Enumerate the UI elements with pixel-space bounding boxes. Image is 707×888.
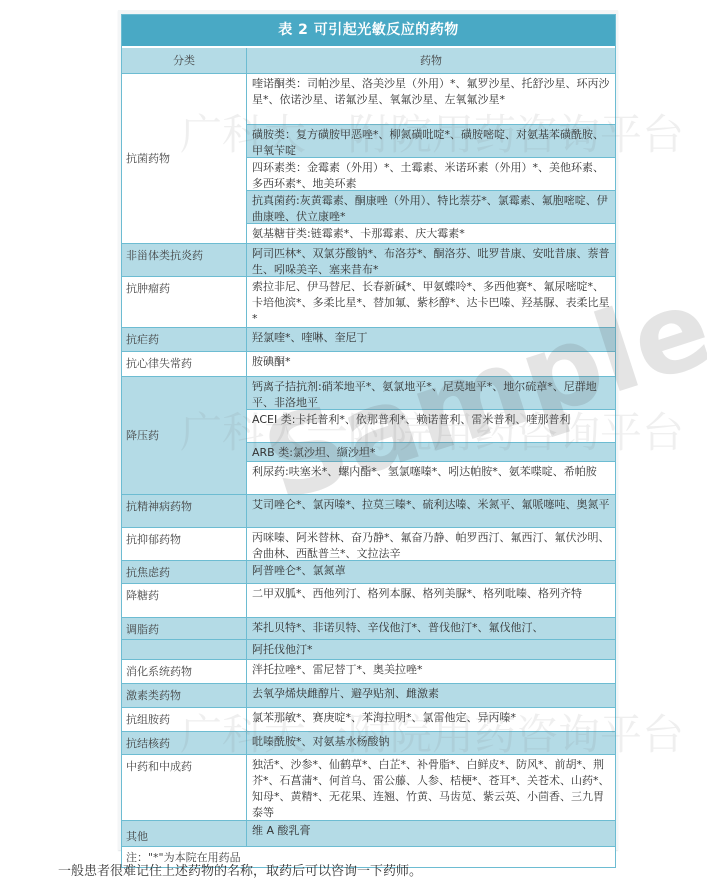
- table-row: 抗心律失常药 胺碘酮*: [122, 351, 615, 376]
- category-cell: 其他: [122, 821, 247, 846]
- drug-cell: 维 A 酸乳膏: [247, 821, 615, 846]
- category-cell: 抗疟药: [122, 328, 247, 351]
- category-cell: 抗菌药物: [122, 74, 247, 243]
- drug-cell: 钙离子拮抗剂:硝苯地平*、氨氯地平*、尼莫地平*、地尔硫䓬*、尼群地平、非洛地平: [247, 377, 615, 409]
- category-cell: 抗精神病药物: [122, 495, 247, 527]
- table-row: 消化系统药物 泮托拉唑*、雷尼替丁*、奥美拉唑*: [122, 659, 615, 683]
- table-row: 抗肿瘤药 索拉非尼、伊马替尼、长春新碱*、甲氨蝶呤*、多西他赛*、氟尿嘧啶*、卡…: [122, 276, 615, 327]
- table-row: 抗疟药 羟氯喹*、喹啉、奎尼丁: [122, 327, 615, 351]
- drug-cell: 阿司匹林*、双氯芬酸钠*、布洛芬*、酮洛芬、吡罗昔康、安吡昔康、萘普生、吲哚美辛…: [247, 244, 615, 276]
- drug-cell: 苯扎贝特*、非诺贝特、辛伐他汀*、普伐他汀*、氟伐他汀、: [247, 618, 615, 639]
- header-drugs: 药物: [247, 48, 615, 73]
- category-cell: 抗结核药: [122, 732, 247, 754]
- table-row: 降压药 钙离子拮抗剂:硝苯地平*、氨氯地平*、尼莫地平*、地尔硫䓬*、尼群地平、…: [122, 376, 615, 494]
- table-row: 抗精神病药物 艾司唑仑*、氯丙嗪*、拉莫三嗪*、硫利达嗪、米氮平、氟哌噻吨、奥氮…: [122, 494, 615, 527]
- category-cell: 降糖药: [122, 584, 247, 617]
- table-row: 调脂药 苯扎贝特*、非诺贝特、辛伐他汀*、普伐他汀*、氟伐他汀、: [122, 617, 615, 639]
- category-cell: 消化系统药物: [122, 660, 247, 683]
- drug-cell: 去氧孕烯炔雌醇片、避孕贴剂、雌激素: [247, 684, 615, 707]
- category-cell: 非甾体类抗炎药: [122, 244, 247, 276]
- drug-cell: 氨基糖苷类:链霉素*、卡那霉素、庆大霉素*: [247, 223, 615, 243]
- drug-cell: ARB 类:氯沙坦、缬沙坦*: [247, 442, 615, 461]
- drug-cell: 胺碘酮*: [247, 352, 615, 376]
- drug-cell: ACEI 类:卡托普利*、依那普利*、赖诺普利、雷米普利、喹那普利: [247, 409, 615, 442]
- caption-text: 一般患者很难记住上述药物的名称，取药后可以咨询一下药师。: [58, 860, 422, 879]
- drug-cell: 四环素类：金霉素（外用）*、土霉素、米诺环素（外用）*、美他环素、多西环素*、地…: [247, 157, 615, 190]
- drug-cell: 利尿药:呋塞米*、螺内酯*、氢氯噻嗪*、吲达帕胺*、氨苯喋啶、希帕胺: [247, 461, 615, 494]
- drug-cell: 抗真菌药:灰黄霉素、酮康唑（外用）、特比萘芬*、氯霉素、氟胞嘧啶、伊曲康唑、伏立…: [247, 190, 615, 223]
- drug-cell: 二甲双胍*、西他列汀、格列本脲、格列美脲*、格列吡嗪、格列齐特: [247, 584, 615, 617]
- category-cell: 抗肿瘤药: [122, 277, 247, 327]
- category-cell: 中药和中成药: [122, 755, 247, 820]
- category-cell: 抗焦虑药: [122, 561, 247, 583]
- table-row: 阿托伐他汀*: [122, 639, 615, 659]
- table-row: 抗结核药 吡嗪酰胺*、对氨基水杨酸钠: [122, 731, 615, 754]
- category-cell: 激素类药物: [122, 684, 247, 707]
- table-row: 抗组胺药 氯苯那敏*、赛庚啶*、苯海拉明*、氯雷他定、异丙嗪*: [122, 707, 615, 731]
- category-cell: [122, 640, 247, 659]
- table-title: 表 2 可引起光敏反应的药物: [122, 15, 615, 48]
- drug-cell: 氯苯那敏*、赛庚啶*、苯海拉明*、氯雷他定、异丙嗪*: [247, 708, 615, 731]
- drug-cell: 磺胺类：复方磺胺甲恶唑*、柳氮磺吡啶*、磺胺嘧啶、对氨基苯磺酰胺、甲氧苄啶: [247, 124, 615, 157]
- drug-cell: 吡嗪酰胺*、对氨基水杨酸钠: [247, 732, 615, 754]
- drug-cell: 索拉非尼、伊马替尼、长春新碱*、甲氨蝶呤*、多西他赛*、氟尿嘧啶*、卡培他滨*、…: [247, 277, 615, 327]
- table-row: 抗抑郁药物 丙咪嗪、阿米替林、奋乃静*、氟奋乃静、帕罗西汀、氟西汀、氟伏沙明、舍…: [122, 527, 615, 560]
- drug-cell: 阿普唑仑*、氯氮䓬: [247, 561, 615, 583]
- table-row: 抗菌药物 喹诺酮类：司帕沙星、洛美沙星（外用）*、氟罗沙星、托舒沙星、环丙沙星*…: [122, 73, 615, 243]
- category-cell: 降压药: [122, 377, 247, 494]
- category-cell: 抗心律失常药: [122, 352, 247, 376]
- category-cell: 调脂药: [122, 618, 247, 639]
- drug-cell: 阿托伐他汀*: [247, 640, 615, 659]
- drug-cell: 艾司唑仑*、氯丙嗪*、拉莫三嗪*、硫利达嗪、米氮平、氟哌噻吨、奥氮平: [247, 495, 615, 527]
- table-row: 激素类药物 去氧孕烯炔雌醇片、避孕贴剂、雌激素: [122, 683, 615, 707]
- drug-cell: 喹诺酮类：司帕沙星、洛美沙星（外用）*、氟罗沙星、托舒沙星、环丙沙星*、依诺沙星…: [247, 74, 615, 124]
- drug-cell: 泮托拉唑*、雷尼替丁*、奥美拉唑*: [247, 660, 615, 683]
- drug-cell: 丙咪嗪、阿米替林、奋乃静*、氟奋乃静、帕罗西汀、氟西汀、氟伏沙明、舍曲林、西酞普…: [247, 528, 615, 560]
- table-header: 分类 药物: [122, 48, 615, 73]
- drug-table: 表 2 可引起光敏反应的药物 分类 药物 抗菌药物 喹诺酮类：司帕沙星、洛美沙星…: [121, 14, 616, 868]
- table-row: 中药和中成药 独活*、沙参*、仙鹤草*、白芷*、补骨脂*、白鲜皮*、防风*、前胡…: [122, 754, 615, 820]
- header-category: 分类: [122, 48, 247, 73]
- drug-cell: 羟氯喹*、喹啉、奎尼丁: [247, 328, 615, 351]
- table-row: 其他 维 A 酸乳膏: [122, 820, 615, 846]
- category-cell: 抗抑郁药物: [122, 528, 247, 560]
- category-cell: 抗组胺药: [122, 708, 247, 731]
- drug-cell: 独活*、沙参*、仙鹤草*、白芷*、补骨脂*、白鲜皮*、防风*、前胡*、荆芥*、石…: [247, 755, 615, 820]
- table-row: 抗焦虑药 阿普唑仑*、氯氮䓬: [122, 560, 615, 583]
- table-figure: 表 2 可引起光敏反应的药物 分类 药物 抗菌药物 喹诺酮类：司帕沙星、洛美沙星…: [118, 10, 618, 850]
- table-row: 非甾体类抗炎药 阿司匹林*、双氯芬酸钠*、布洛芬*、酮洛芬、吡罗昔康、安吡昔康、…: [122, 243, 615, 276]
- table-row: 降糖药 二甲双胍*、西他列汀、格列本脲、格列美脲*、格列吡嗪、格列齐特: [122, 583, 615, 617]
